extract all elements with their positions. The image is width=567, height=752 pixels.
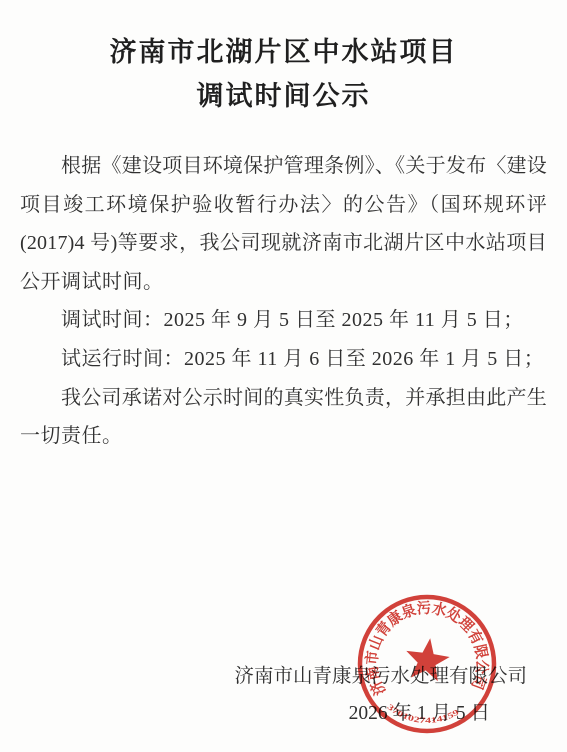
document-title-line1: 济南市北湖片区中水站项目	[0, 30, 567, 74]
body-line-commissioning-dates: 调试时间：2025 年 9 月 5 日至 2025 年 11 月 5 日；	[20, 301, 547, 340]
body-line: (2017)4 号)等要求，我公司现就济南市北湖片区中水站项目	[20, 224, 547, 263]
star-icon	[403, 635, 452, 682]
scanned-announcement-page: 济南市北湖片区中水站项目 调试时间公示 根据《建设项目环境保护管理条例》、《关于…	[0, 0, 567, 752]
body-line: 一切责任。	[20, 417, 547, 456]
body-line: 项目竣工环境保护验收暂行办法〉的公告》（国环规环评	[20, 186, 547, 225]
body-line: 根据《建设项目环境保护管理条例》、《关于发布〈建设	[20, 147, 547, 186]
document-title-line2: 调试时间公示	[0, 74, 567, 118]
body-line: 公开调试时间。	[20, 263, 547, 302]
body-line: 我公司承诺对公示时间的真实性负责，并承担由此产生	[20, 379, 547, 418]
document-body: 根据《建设项目环境保护管理条例》、《关于发布〈建设 项目竣工环境保护验收暂行办法…	[20, 147, 547, 456]
body-line-trial-run-dates: 试运行时间：2025 年 11 月 6 日至 2026 年 1 月 5 日；	[20, 340, 547, 379]
company-seal: 济南市山青康泉污水处理有限公司 3701027414159	[355, 592, 499, 736]
document-title: 济南市北湖片区中水站项目 调试时间公示	[0, 30, 567, 118]
